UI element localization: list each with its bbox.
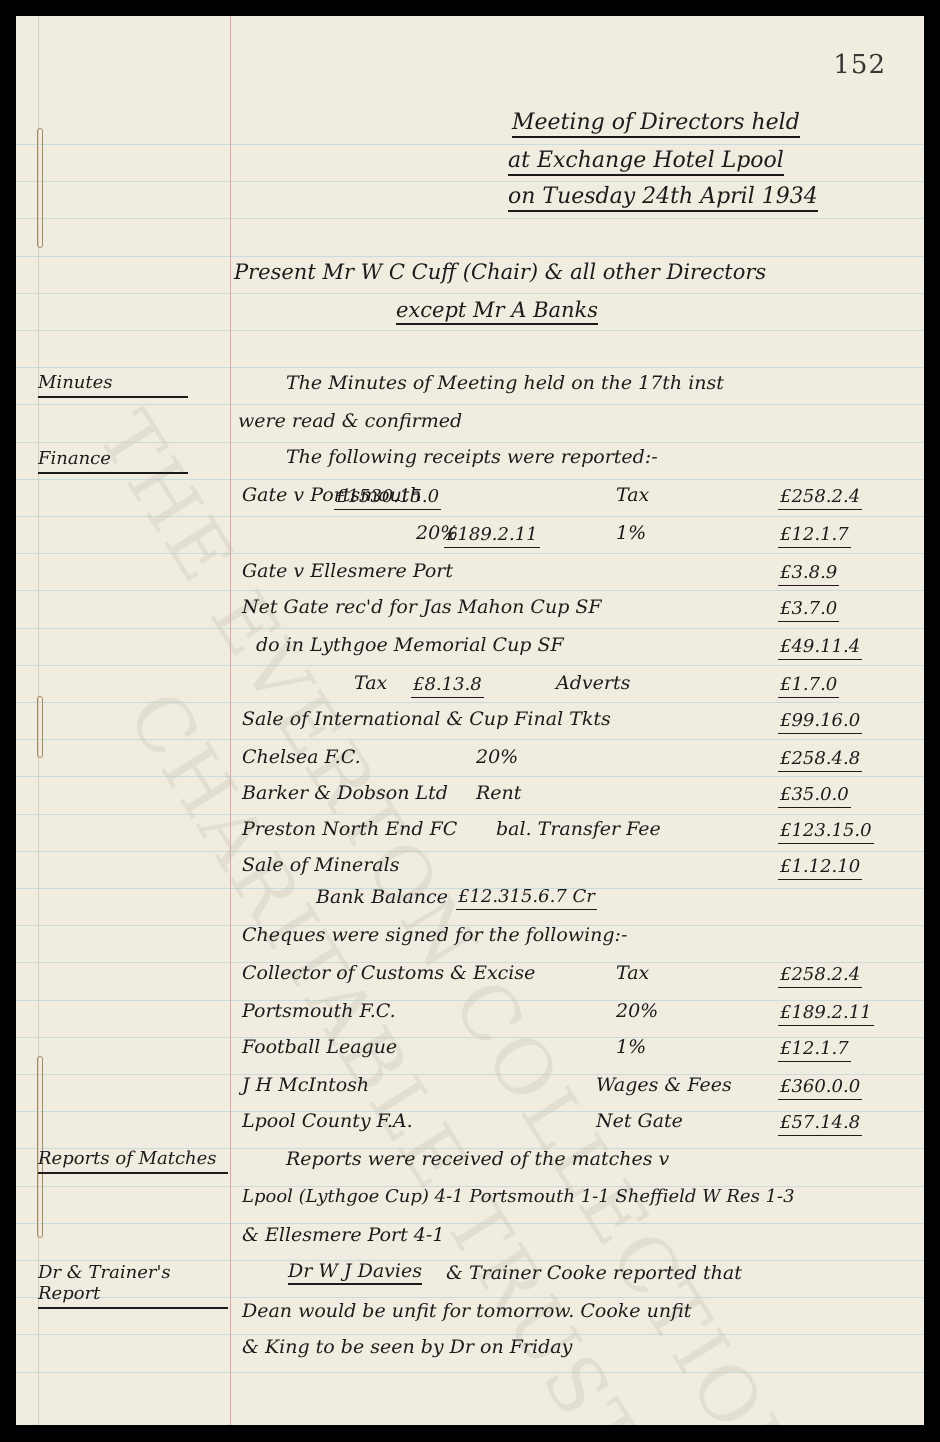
margin-line [230, 16, 231, 1425]
cheque-amount: £189.2.11 [778, 1002, 874, 1023]
section-label-finance: Finance [38, 448, 188, 474]
ruled-line [16, 293, 924, 294]
reports-line-3: & Ellesmere Port 4-1 [242, 1226, 444, 1245]
receipt-description: Gate v Ellesmere Port [242, 562, 453, 581]
cheque-note: Wages & Fees [596, 1076, 732, 1095]
cheque-payee: Collector of Customs & Excise [242, 964, 535, 983]
cheque-note: Net Gate [596, 1112, 683, 1131]
binding-thread [37, 128, 43, 248]
cheque-amount: £57.14.8 [778, 1112, 862, 1133]
receipt-amount: £1.12.10 [778, 856, 862, 877]
cheque-payee: Football League [242, 1038, 397, 1057]
reports-line-1: Reports were received of the matches v [286, 1150, 669, 1169]
receipt-amount: £258.4.8 [778, 748, 862, 769]
receipt-amount: £1.7.0 [778, 674, 839, 695]
receipt-amount: £3.8.9 [778, 562, 839, 583]
binding-thread [37, 1056, 43, 1238]
drs-report-line-3: & King to be seen by Dr on Friday [242, 1338, 572, 1357]
ruled-line [16, 330, 924, 331]
drs-report-line-2: Dean would be unfit for tomorrow. Cooke … [242, 1302, 691, 1321]
ruled-line [16, 256, 924, 257]
present-line-2: except Mr A Banks [396, 300, 598, 325]
ruled-line [16, 181, 924, 182]
ruled-line [16, 1334, 924, 1335]
receipt-note: Rent [476, 784, 521, 803]
drs-report-line-1: & Trainer Cooke reported that [446, 1264, 742, 1283]
receipt-amount: £3.7.0 [778, 598, 839, 619]
ledger-page: THE EVERTON COLLECTION CHARITABLE TRUST … [16, 16, 924, 1425]
cheque-payee: J H McIntosh [242, 1076, 369, 1095]
cheque-amount: £360.0.0 [778, 1076, 862, 1097]
cheque-amount: £12.1.7 [778, 1038, 851, 1059]
receipt-sub-amount: £1530.15.0 [334, 486, 441, 507]
minutes-line-2: were read & confirmed [238, 412, 462, 431]
receipt-sub-note: Tax [354, 674, 387, 693]
cheque-note: 1% [616, 1038, 646, 1057]
heading-line-3: on Tuesday 24th April 1934 [508, 186, 818, 212]
receipt-note: Tax [616, 486, 649, 505]
cheque-note: Tax [616, 964, 649, 983]
heading-line-1: Meeting of Directors held [512, 112, 800, 138]
minutes-line-1: The Minutes of Meeting held on the 17th … [286, 374, 724, 393]
cheque-payee: Lpool County F.A. [242, 1112, 413, 1131]
receipt-description: Chelsea F.C. [242, 748, 361, 767]
receipt-description: Barker & Dobson Ltd [242, 784, 448, 803]
receipt-amount: £49.11.4 [778, 636, 862, 657]
ruled-line [16, 218, 924, 219]
section-label-reports-of-matches: Reports of Matches [38, 1148, 228, 1174]
ruled-line [16, 144, 924, 145]
receipt-note: 1% [616, 524, 646, 543]
present-line-1: Present Mr W C Cuff (Chair) & all other … [234, 262, 766, 283]
cheque-note: 20% [616, 1002, 658, 1021]
receipt-sub-amount: £189.2.11 [444, 524, 540, 545]
ruled-line [16, 814, 924, 815]
heading-line-2: at Exchange Hotel Lpool [508, 150, 784, 176]
ruled-line [16, 851, 924, 852]
ruled-line [16, 1372, 924, 1373]
bank-balance-label: Bank Balance [316, 888, 448, 907]
section-label-drs-trainers-report: Dr & Trainer's Report [38, 1262, 228, 1309]
page-number: 152 [833, 50, 886, 80]
receipt-description: Sale of Minerals [242, 856, 399, 875]
receipt-sub-amount: £8.13.8 [411, 674, 484, 695]
receipt-amount: £35.0.0 [778, 784, 851, 805]
reports-line-2: Lpool (Lythgoe Cup) 4-1 Portsmouth 1-1 S… [242, 1188, 795, 1206]
receipt-amount: £12.1.7 [778, 524, 851, 545]
receipt-description: do in Lythgoe Memorial Cup SF [256, 636, 564, 655]
section-label-minutes: Minutes [38, 372, 188, 398]
receipt-amount: £123.15.0 [778, 820, 874, 841]
binding-thread [37, 696, 43, 758]
receipt-note: bal. Transfer Fee [496, 820, 661, 839]
cheque-payee: Portsmouth F.C. [242, 1002, 396, 1021]
ruled-line [16, 590, 924, 591]
receipt-amount: £99.16.0 [778, 710, 862, 731]
receipt-description: Preston North End FC [242, 820, 457, 839]
receipt-amount: £258.2.4 [778, 486, 862, 507]
ruled-line [16, 665, 924, 666]
doctor-name: Dr W J Davies [288, 1262, 422, 1285]
bank-balance-amount: £12.315.6.7 Cr [456, 886, 597, 907]
cheques-intro: Cheques were signed for the following:- [242, 926, 627, 945]
cheque-amount: £258.2.4 [778, 964, 862, 985]
finance-intro: The following receipts were reported:- [286, 448, 658, 467]
ruled-line [16, 367, 924, 368]
receipt-description: Sale of International & Cup Final Tkts [242, 710, 611, 729]
receipt-note: Adverts [556, 674, 630, 693]
ruled-line [16, 628, 924, 629]
ruled-line [16, 1074, 924, 1075]
receipt-description: Net Gate rec'd for Jas Mahon Cup SF [242, 598, 602, 617]
receipt-note: 20% [476, 748, 518, 767]
